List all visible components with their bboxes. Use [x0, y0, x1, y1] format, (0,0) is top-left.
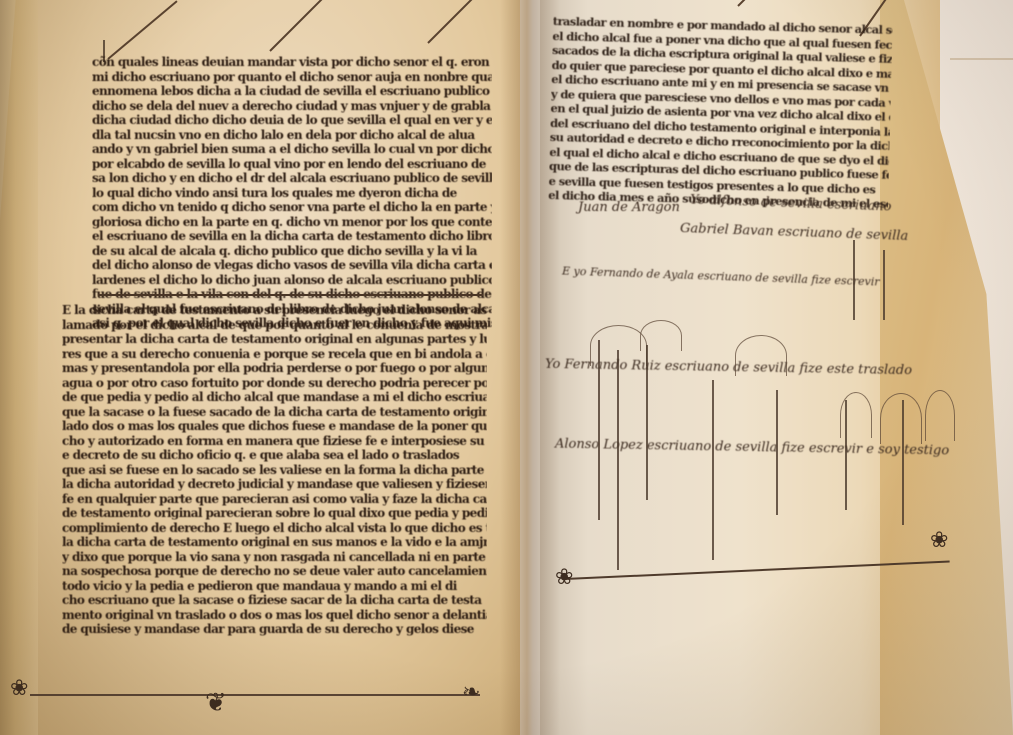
text-line: cho escriuano que la sacase o fiziese sa…	[62, 593, 487, 608]
text-line: de quisiese y mandase dar para guarda de…	[62, 622, 487, 637]
text-line: cõn quales lineas deuian mandar vista po…	[92, 55, 492, 70]
descender-stroke	[902, 400, 904, 525]
text-line: mi dicho escriuano por quanto el dicho s…	[92, 70, 492, 85]
footer-rule	[30, 694, 480, 696]
descender-stroke	[617, 350, 619, 570]
text-line: lamado por el dicho alcal de que por qua…	[62, 318, 487, 333]
signature-flourish	[925, 390, 955, 441]
text-line: cho y autorizado en forma en manera que …	[62, 434, 487, 449]
text-line: dla tal nucsin vno en dicho lalo en dela…	[92, 128, 492, 143]
descender-stroke	[776, 390, 778, 515]
descender-stroke	[853, 240, 855, 320]
flourish-mark-icon: ❀	[10, 676, 28, 701]
descender-stroke	[598, 340, 600, 520]
text-line: de que pedia y pedio al dicho alcal que …	[62, 390, 487, 405]
text-line: lo qual dicho vindo ansi tura los quales…	[92, 186, 492, 201]
text-line: que asi se fuese en lo sacado se les val…	[62, 463, 487, 478]
flourish-mark-icon: ❀	[555, 565, 573, 590]
signature: Juan de Aragon	[578, 200, 680, 215]
text-line: na sospechosa porque de derecho no se de…	[62, 564, 487, 579]
text-line: e decreto de su dicho oficio q. e que al…	[62, 448, 487, 463]
text-line: E la dicha carta de testamento a su pres…	[62, 303, 487, 318]
manuscript-photo: cõn quales lineas deuian mandar vista po…	[0, 0, 1013, 735]
descender-stroke	[712, 380, 714, 560]
text-line: el escriuano de sevilla en la dicha cart…	[92, 229, 492, 244]
text-line: fe en qualquier parte que parecieran asi…	[62, 492, 487, 507]
descender-stroke	[845, 400, 847, 510]
text-line: gloriosa dicho en la parte en q. dicho v…	[92, 215, 492, 230]
text-line: lardenes el dicho lo dicho juan alonso d…	[92, 273, 492, 288]
left-page-edge	[0, 0, 38, 735]
signature-flourish	[735, 335, 787, 376]
right-text: trasladar en nombre e por mandado al dic…	[548, 14, 893, 211]
descender-stroke	[883, 250, 885, 320]
section-rule	[98, 294, 483, 296]
text-line: sa lon dicho y en dicho el dr del alcala…	[92, 171, 492, 186]
text-line: lado dos o mas los quales que dichos fue…	[62, 419, 487, 434]
left-lower-text: E la dicha carta de testamento a su pres…	[62, 303, 487, 637]
text-line: del dicho alonso de vlegas dicho vasos d…	[92, 258, 492, 273]
text-line: mento original vn traslado o dos o mas l…	[62, 608, 487, 623]
table-edge	[950, 58, 1013, 60]
text-line: mas y presentandola por ella podria perd…	[62, 361, 487, 376]
text-line: de su alcal de alcala q. dicho publico q…	[92, 244, 492, 259]
text-line: complimiento de derecho E luego el dicho…	[62, 521, 487, 536]
text-line: res que a su derecho conuenia e porque s…	[62, 347, 487, 362]
descender-stroke	[646, 345, 648, 500]
text-line: de testamento original parecieran sobre …	[62, 506, 487, 521]
text-line: agua o por otro caso fortuito por donde …	[62, 376, 487, 391]
flourish-mark-icon: ❀	[930, 528, 948, 553]
rubric-mark-icon: ❦	[205, 688, 227, 718]
left-upper-text: cõn quales lineas deuian mandar vista po…	[92, 55, 492, 331]
text-line: que la sacase o la fuese sacado de la di…	[62, 405, 487, 420]
text-line: dicha ciudad dicho dicho deuia de lo que…	[92, 113, 492, 128]
text-line: la dicha carta de testamento original en…	[62, 535, 487, 550]
text-line: com dicho vn tenido q dicho senor vna pa…	[92, 200, 492, 215]
signature-flourish	[880, 393, 922, 444]
text-line: y dixo que porque la vio sana y non rasg…	[62, 550, 487, 565]
text-line: ando y vn gabriel bien suma a el dicho s…	[92, 142, 492, 157]
text-line: todo vicio y la pedia e pedieron que man…	[62, 579, 487, 594]
text-line: dicho se dela del nuev a derecho ciudad …	[92, 99, 492, 114]
text-line: por elcabdo de sevilla lo qual vino por …	[92, 157, 492, 172]
text-line: presentar la dicha carta de testamento o…	[62, 332, 487, 347]
flourish-mark-icon: ❧	[462, 680, 480, 705]
text-line: la dicha autoridad y decreto judicial y …	[62, 477, 487, 492]
text-line: ennomena lebos dicha a la ciudad de sevi…	[92, 84, 492, 99]
